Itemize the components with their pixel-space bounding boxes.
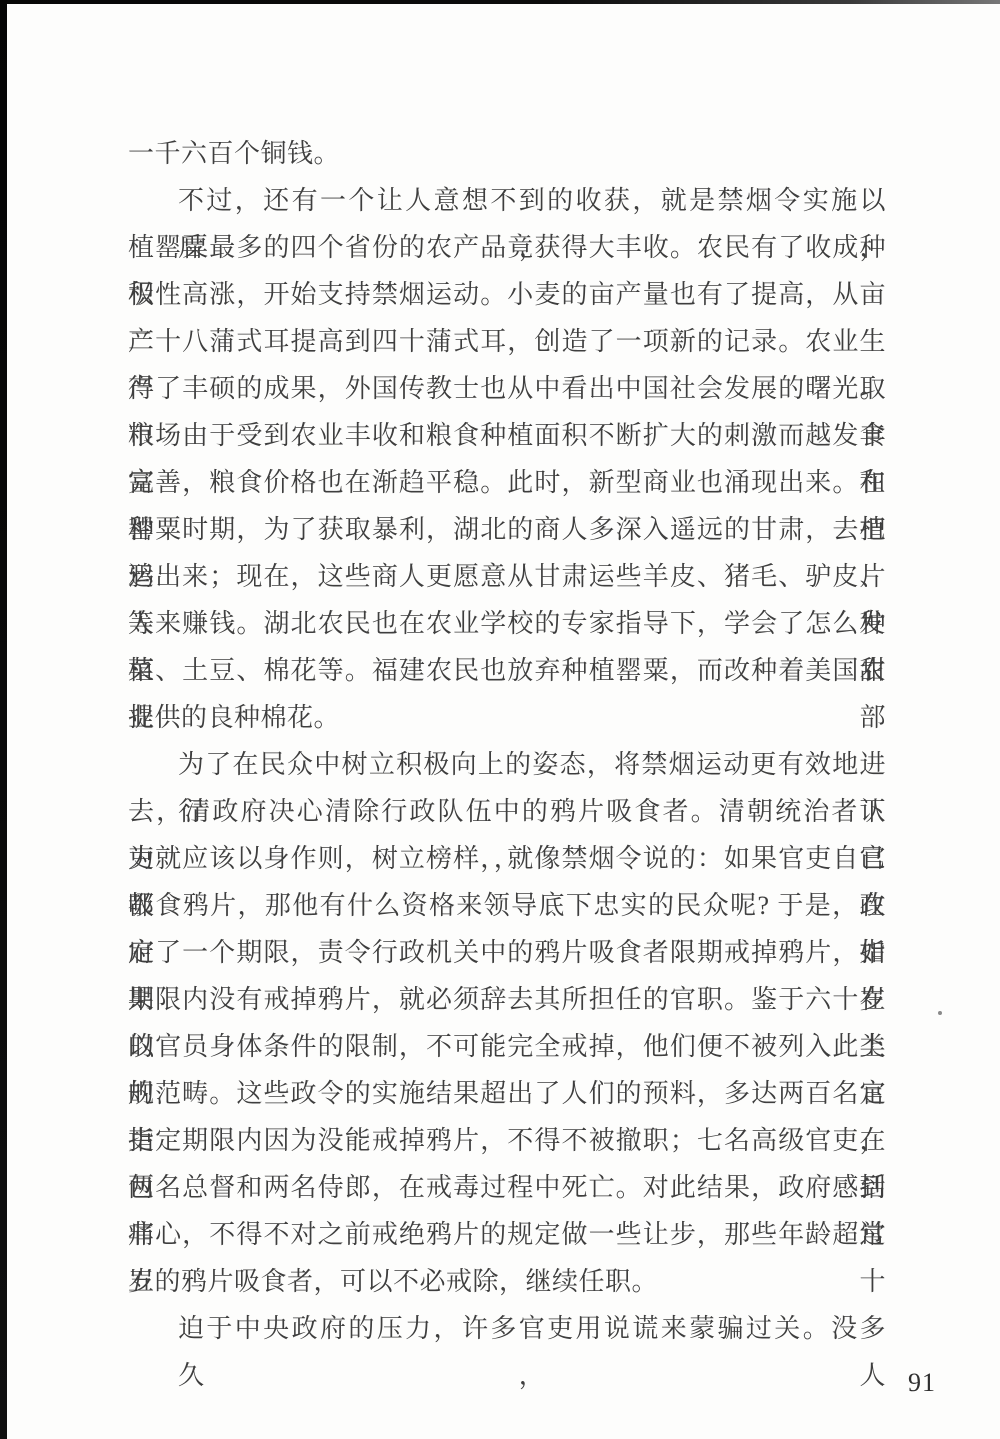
text-line: 完善，粮食价格也在渐趋平稳。此时，新型商业也涌现出来。在种植 — [128, 459, 886, 506]
text-line: 定了一个期限，责令行政机关中的鸦片吸食者限期戒掉鸦片，如果在 — [128, 929, 886, 976]
text-line: 期限内没有戒掉鸦片，就必须辞去其所担任的官职。鉴于六十岁以上 — [128, 976, 886, 1023]
scan-edge-left — [0, 0, 7, 1439]
page-number: 91 — [908, 1366, 968, 1400]
text-line: 罂粟时期，为了获取暴利，湖北的商人多深入遥远的甘肃，去把鸦片 — [128, 506, 886, 553]
text-line: 不过，还有一个让人意想不到的收获，就是禁烟令实施以后，种 — [128, 177, 886, 224]
text-line: 运出来；现在，这些商人更愿意从甘肃运些羊皮、猪毛、驴皮、人发 — [128, 553, 886, 600]
text-line: 一千六百个铜钱。 — [128, 130, 886, 177]
text-line: 的官员身体条件的限制，不可能完全戒掉，他们便不被列入此类规定 — [128, 1023, 886, 1070]
text-line: 迫于中央政府的压力，许多官吏用说谎来蒙骗过关。没多久，人 — [128, 1305, 886, 1352]
text-line: 菜、土豆、棉花等。福建农民也放弃种植罂粟，而改种着美国农业部 — [128, 647, 886, 694]
text-line: 为了在民众中树立积极向上的姿态，将禁烟运动更有效地进行下 — [128, 741, 886, 788]
text-line: 吸食鸦片，那他有什么资格来领导底下忠实的民众呢? 于是，政府指 — [128, 882, 886, 929]
text-line: 植罂粟最多的四个省份的农产品竟获得大丰收。农民有了收成，积 — [128, 224, 886, 271]
text-line: 去，清政府决心清除行政队伍中的鸦片吸食者。清朝统治者认为，官 — [128, 788, 886, 835]
text-block: 一千六百个铜钱。不过，还有一个让人意想不到的收获，就是禁烟令实施以后，种植罂粟最… — [128, 130, 886, 1352]
text-line: 极性高涨，开始支持禁烟运动。小麦的亩产量也有了提高，从亩产 — [128, 271, 886, 318]
text-line: 指定期限内因为没能戒掉鸦片，不得不被撤职；七名高级官吏，包括 — [128, 1117, 886, 1164]
text-line: 的范畴。这些政令的实施结果超出了人们的预料，多达两百名官吏在 — [128, 1070, 886, 1117]
text-line: 痛心，不得不对之前戒绝鸦片的规定做一些让步，那些年龄超过五十 — [128, 1211, 886, 1258]
text-line: 得了丰硕的成果，外国传教士也从中看出中国社会发展的曙光。粮食 — [128, 365, 886, 412]
text-line: 等来赚钱。湖北农民也在农业学校的专家指导下，学会了怎么种植甜 — [128, 600, 886, 647]
text-line: 吏就应该以身作则，树立榜样，就像禁烟令说的：如果官吏自己都在 — [128, 835, 886, 882]
text-line: 市场由于受到农业丰收和粮食种植面积不断扩大的刺激而越发丰富和 — [128, 412, 886, 459]
text-line: 两名总督和两名侍郎，在戒毒过程中死亡。对此结果，政府感到非常 — [128, 1164, 886, 1211]
scan-speck — [938, 1011, 942, 1015]
scan-edge-top — [0, 0, 1000, 4]
text-line: 二十八蒲式耳提高到四十蒲式耳，创造了一项新的记录。农业生产取 — [128, 318, 886, 365]
